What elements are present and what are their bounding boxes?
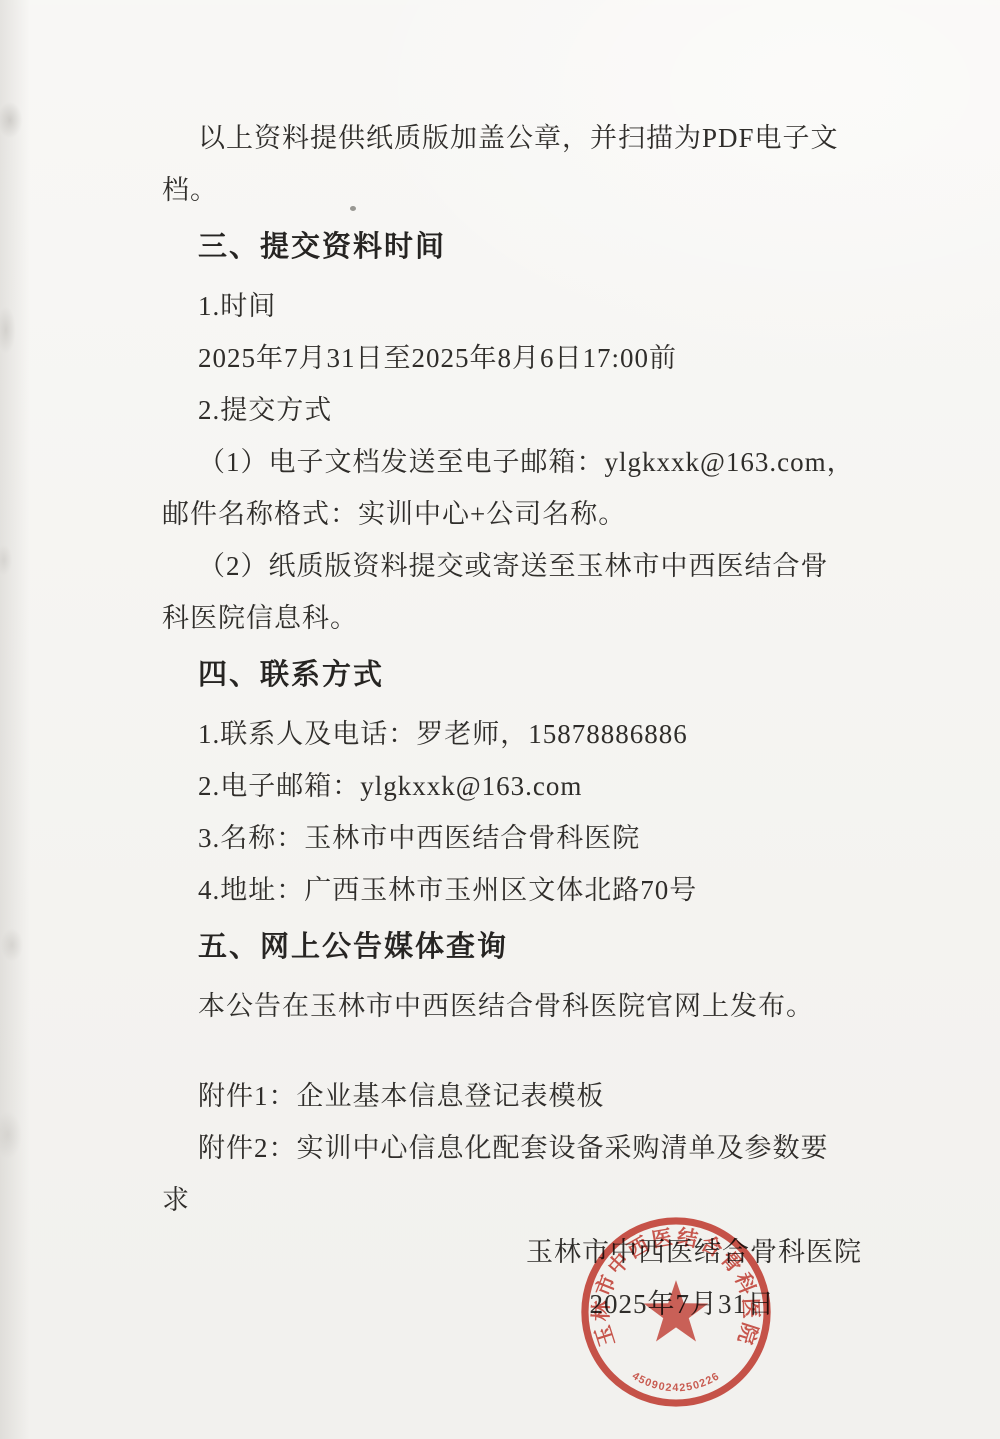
document-body: 以上资料提供纸质版加盖公章，并扫描为PDF电子文 档。 三、提交资料时间 1.时… — [0, 0, 1000, 1330]
para-publish-note: 本公告在玉林市中西医结合骨科医院官网上发布。 — [162, 980, 870, 1032]
item-contact-person-phone: 1.联系人及电话：罗老师，15878886886 — [162, 708, 870, 760]
para-seal-note-line-1: 以上资料提供纸质版加盖公章，并扫描为PDF电子文 — [162, 112, 870, 164]
heading-section-3: 三、提交资料时间 — [162, 221, 870, 273]
official-seal-stamp: 玉林市中西医结合骨科医院 4509024250226 — [570, 1206, 782, 1418]
heading-section-5: 五、网上公告媒体查询 — [162, 921, 870, 973]
heading-section-4: 四、联系方式 — [162, 649, 870, 701]
item-contact-email: 2.电子邮箱：ylgkxxk@163.com — [162, 760, 870, 812]
item-time-range: 2025年7月31日至2025年8月6日17:00前 — [162, 332, 870, 384]
attachment-2-line-1: 附件2：实训中心信息化配套设备采购清单及参数要 — [162, 1122, 870, 1174]
seal-star-icon — [644, 1280, 709, 1341]
para-seal-note-line-2: 档。 — [162, 164, 870, 216]
item-org-address: 4.地址：广西玉林市玉州区文体北路70号 — [162, 864, 870, 916]
item-org-name: 3.名称：玉林市中西医结合骨科医院 — [162, 812, 870, 864]
item-paper-submit-line-2: 科医院信息科。 — [162, 592, 870, 644]
item-paper-submit-line-1: （2）纸质版资料提交或寄送至玉林市中西医结合骨 — [162, 540, 870, 592]
item-email-submit-line-1: （1）电子文档发送至电子邮箱：ylgkxxk@163.com， — [162, 436, 870, 488]
item-email-submit-line-2: 邮件名称格式：实训中心+公司名称。 — [162, 488, 870, 540]
scanned-document-page: 以上资料提供纸质版加盖公章，并扫描为PDF电子文 档。 三、提交资料时间 1.时… — [0, 0, 1000, 1439]
item-time-label: 1.时间 — [162, 280, 870, 332]
attachment-1: 附件1：企业基本信息登记表模板 — [162, 1070, 870, 1122]
seal-serial-number: 4509024250226 — [630, 1370, 722, 1394]
item-submit-method-label: 2.提交方式 — [162, 384, 870, 436]
